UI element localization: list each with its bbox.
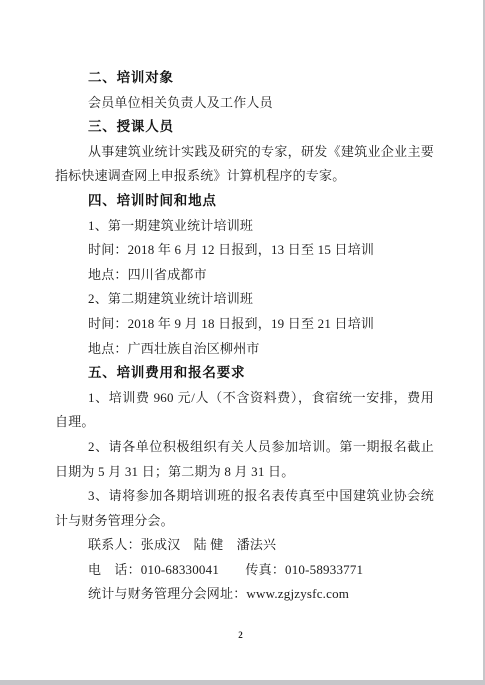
text-line: 联系人：张成汉 陆 健 潘法兴 xyxy=(55,533,434,558)
page-number: 2 xyxy=(0,630,481,640)
section-heading: 三、授课人员 xyxy=(55,115,434,140)
text-line: 时间：2018 年 9 月 18 日报到，19 日至 21 日培训 xyxy=(55,312,434,337)
section-heading: 二、培训对象 xyxy=(55,66,434,91)
text-line: 1、培训费 960 元/人（不含资料费），食宿统一安排，费用 xyxy=(55,386,434,411)
text-line: 自理。 xyxy=(55,410,434,435)
page-edge-bottom xyxy=(0,680,485,685)
text-line: 2、请各单位积极组织有关人员参加培训。第一期报名截止 xyxy=(55,435,434,460)
section-heading: 五、培训费用和报名要求 xyxy=(55,361,434,386)
text-line: 统计与财务管理分会网址：www.zgjzysfc.com xyxy=(55,582,434,607)
text-line: 2、第二期建筑业统计培训班 xyxy=(55,287,434,312)
text-line: 时间：2018 年 6 月 12 日报到，13 日至 15 日培训 xyxy=(55,238,434,263)
text-line: 会员单位相关负责人及工作人员 xyxy=(55,91,434,116)
text-line: 地点：四川省成都市 xyxy=(55,263,434,288)
document-lines: 二、培训对象会员单位相关负责人及工作人员三、授课人员从事建筑业统计实践及研究的专… xyxy=(55,66,434,607)
text-line: 计与财务管理分会。 xyxy=(55,509,434,534)
text-line: 地点：广西壮族自治区柳州市 xyxy=(55,337,434,362)
text-line: 3、请将参加各期培训班的报名表传真至中国建筑业协会统 xyxy=(55,484,434,509)
text-line: 从事建筑业统计实践及研究的专家，研发《建筑业企业主要 xyxy=(55,140,434,165)
text-line: 指标快速调查网上申报系统》计算机程序的专家。 xyxy=(55,164,434,189)
text-line: 电 话：010-68330041 传真：010-58933771 xyxy=(55,558,434,583)
text-line: 日期为 5 月 31 日；第二期为 8 月 31 日。 xyxy=(55,460,434,485)
text-line: 1、第一期建筑业统计培训班 xyxy=(55,214,434,239)
document-page: 二、培训对象会员单位相关负责人及工作人员三、授课人员从事建筑业统计实践及研究的专… xyxy=(0,0,485,685)
section-heading: 四、培训时间和地点 xyxy=(55,189,434,214)
